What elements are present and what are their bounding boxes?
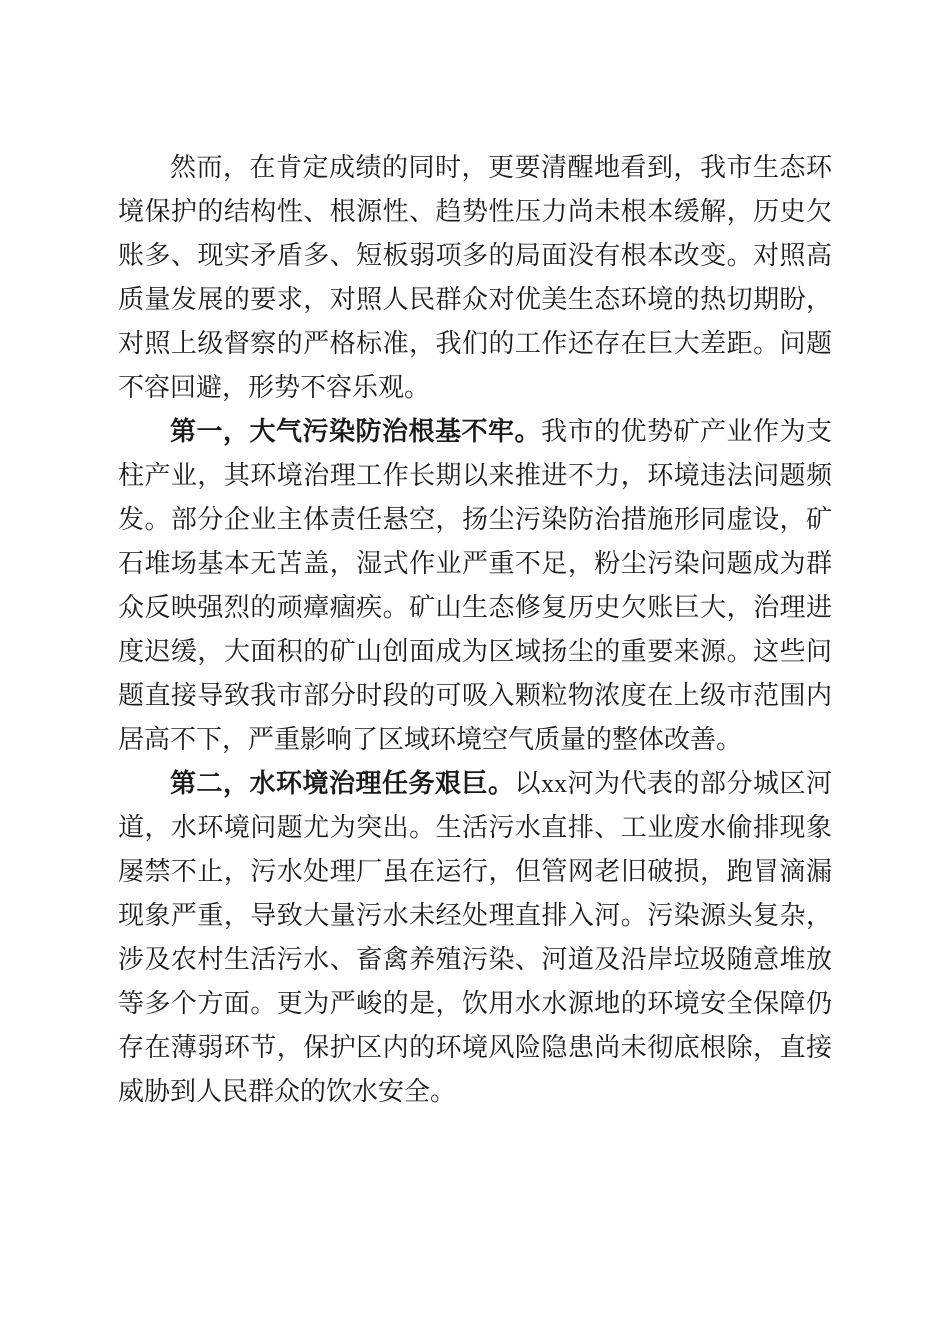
paragraph-lead: 第二，水环境治理任务艰巨。 bbox=[170, 769, 514, 798]
document-page: 然而，在肯定成绩的同时，更要清醒地看到，我市生态环境保护的结构性、根源性、趋势性… bbox=[0, 0, 950, 1344]
document-body: 然而，在肯定成绩的同时，更要清醒地看到，我市生态环境保护的结构性、根源性、趋势性… bbox=[0, 0, 950, 1114]
paragraph-lead: 第一，大气污染防治根基不牢。 bbox=[170, 417, 541, 446]
paragraph: 第一，大气污染防治根基不牢。我市的优势矿产业作为支柱产业，其环境治理工作长期以来… bbox=[118, 410, 832, 762]
paragraph: 第二，水环境治理任务艰巨。以xx河为代表的部分城区河道，水环境问题尤为突出。生活… bbox=[118, 762, 832, 1114]
paragraph-text: 我市的优势矿产业作为支柱产业，其环境治理工作长期以来推进不力，环境违法问题频发。… bbox=[118, 417, 832, 754]
paragraph-text: 以xx河为代表的部分城区河道，水环境问题尤为突出。生活污水直排、工业废水偷排现象… bbox=[118, 769, 832, 1106]
paragraph: 然而，在肯定成绩的同时，更要清醒地看到，我市生态环境保护的结构性、根源性、趋势性… bbox=[118, 146, 832, 410]
paragraph-text: 然而，在肯定成绩的同时，更要清醒地看到，我市生态环境保护的结构性、根源性、趋势性… bbox=[118, 153, 832, 402]
